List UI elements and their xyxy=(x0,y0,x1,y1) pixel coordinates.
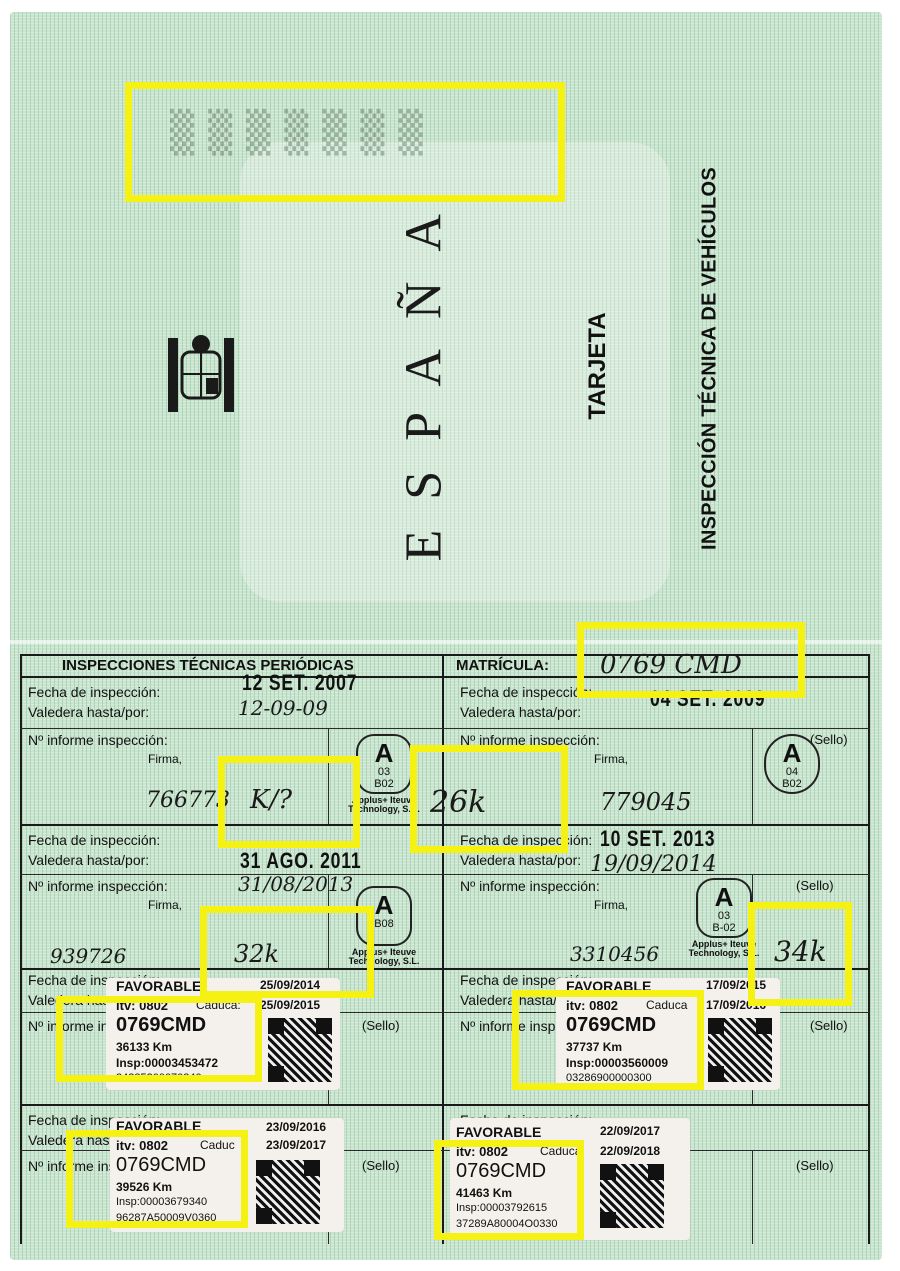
redaction-box xyxy=(66,1130,248,1228)
redaction-box xyxy=(56,996,262,1082)
km-handwritten: 34k xyxy=(774,935,827,968)
report-label: Nº informe inspección: xyxy=(28,878,168,894)
qr-code-icon xyxy=(268,1018,332,1082)
seal-label: (Sello) xyxy=(796,1158,834,1173)
valid-until-label: Valedera hasta/por: xyxy=(28,852,149,868)
signature-label: Firma, xyxy=(148,752,182,766)
valid-until-label: Valedera hasta/por: xyxy=(460,852,581,868)
valid-until-label: Valedera hasta/por: xyxy=(460,704,581,720)
country-name: ESPAÑA xyxy=(395,262,454,562)
itv-station-badge: A03B-02 xyxy=(696,878,752,938)
report-label: Nº informe inspección: xyxy=(460,878,600,894)
seal-label: (Sello) xyxy=(810,1018,848,1033)
km-handwritten: 32k xyxy=(234,940,279,968)
valid-until-handwritten: 31/08/2013 xyxy=(238,872,353,896)
card-cover: ▒▒▒▒▒▒▒ ESPAÑA TARJETA INSPECCIÓN TÉCNIC… xyxy=(10,12,882,642)
card-title: TARJETA xyxy=(584,286,612,446)
km-handwritten: 26k xyxy=(430,785,486,820)
valid-until-handwritten: 12-09-09 xyxy=(238,696,328,720)
signature-label: Firma, xyxy=(594,752,628,766)
date-label: Fecha de inspección: xyxy=(28,832,160,848)
redaction-box xyxy=(577,622,805,698)
seal-label: (Sello) xyxy=(362,1158,400,1173)
stamp-date: 31 AGO. 2011 xyxy=(240,848,361,874)
signature-label: Firma, xyxy=(148,898,182,912)
qr-code-icon xyxy=(256,1160,320,1224)
qr-code-icon xyxy=(600,1164,664,1228)
qr-code-icon xyxy=(708,1018,772,1082)
plate-label: MATRÍCULA: xyxy=(456,657,549,674)
date-label: Fecha de inspección: xyxy=(460,684,592,700)
redaction-box xyxy=(512,990,704,1090)
valid-until-handwritten: 19/09/2014 xyxy=(590,852,717,877)
seal-label: (Sello) xyxy=(796,878,834,893)
redaction-box xyxy=(434,1140,584,1240)
report-handwritten: 939726 xyxy=(50,944,126,968)
itv-station-badge: A04B02 xyxy=(764,734,820,794)
seal-label: (Sello) xyxy=(362,1018,400,1033)
signature-label: Firma, xyxy=(594,898,628,912)
report-handwritten: 3310456 xyxy=(570,942,659,966)
card-subtitle: INSPECCIÓN TÉCNICA DE VEHÍCULOS xyxy=(699,129,722,589)
itv-station-badge: A03B02 xyxy=(356,734,412,794)
redaction-box xyxy=(200,906,374,998)
coat-of-arms-icon xyxy=(158,330,244,420)
redaction-box xyxy=(125,82,565,202)
stamp-date: 12 SET. 2007 xyxy=(242,670,357,696)
km-handwritten: K/? xyxy=(250,785,292,815)
date-label: Fecha de inspección: xyxy=(28,684,160,700)
report-handwritten: 779045 xyxy=(600,788,692,816)
stamp-date: 10 SET. 2013 xyxy=(600,826,715,852)
valid-until-label: Valedera hasta/por: xyxy=(28,704,149,720)
report-label: Nº informe inspección: xyxy=(28,732,168,748)
